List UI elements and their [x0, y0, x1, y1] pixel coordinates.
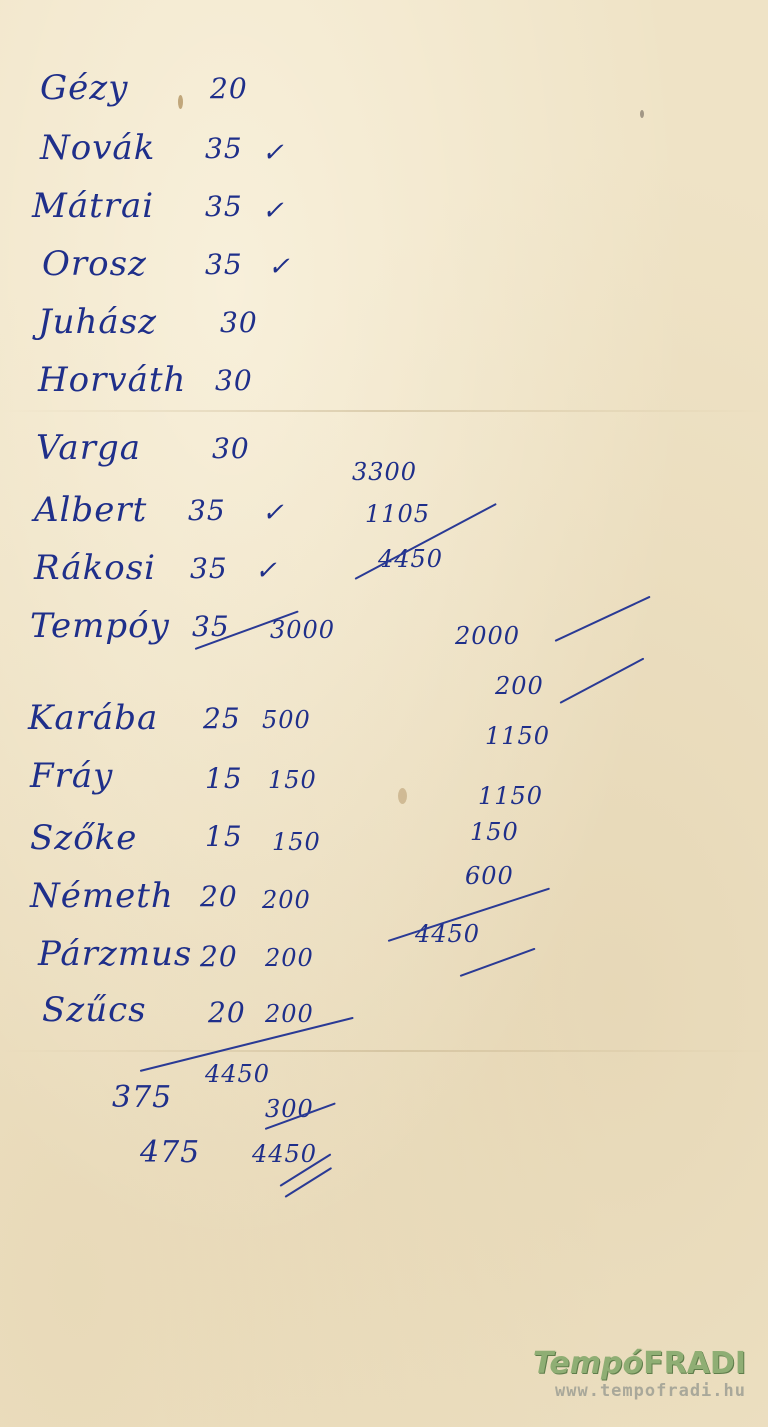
brand-caps: FRADI	[643, 1346, 746, 1381]
brand-script: Tempó	[533, 1346, 643, 1381]
calc-value: 200	[495, 672, 544, 700]
watermark-logo: TempóFRADI www.tempofradi.hu	[533, 1346, 746, 1401]
brand-url: www.tempofradi.hu	[533, 1381, 746, 1401]
row-value: 35	[205, 248, 243, 281]
double-underline	[284, 1167, 332, 1198]
row-name: Juhász	[38, 302, 157, 342]
row-name: Gézy	[40, 68, 128, 108]
total-left: 375	[112, 1080, 172, 1115]
row-value: 30	[215, 364, 253, 397]
brand-name: TempóFRADI	[533, 1346, 746, 1381]
total-left: 475	[140, 1135, 200, 1170]
row-value: 30	[212, 432, 250, 465]
calc-value: 600	[465, 862, 514, 890]
row-value: 35	[205, 132, 243, 165]
row-value: 20	[200, 940, 238, 973]
calc-value: 1105	[365, 500, 430, 528]
calc-value: 2000	[455, 622, 520, 650]
check-mark-icon: ✓	[268, 252, 291, 282]
row-extra: 150	[268, 766, 317, 794]
row-value: 20	[210, 72, 248, 105]
row-value: 35	[188, 494, 226, 527]
row-name: Németh	[30, 876, 174, 916]
paper-stain	[398, 788, 407, 804]
paper-dot	[640, 110, 644, 118]
row-value: 20	[208, 996, 246, 1029]
check-mark-icon: ✓	[255, 556, 278, 586]
row-value: 30	[220, 306, 258, 339]
calc-value: 150	[470, 818, 519, 846]
row-name: Rákosi	[34, 548, 156, 588]
row-value: 15	[205, 762, 243, 795]
fold-line	[0, 1050, 768, 1052]
row-name: Tempóy	[30, 606, 170, 646]
row-name: Párzmus	[38, 934, 192, 974]
row-name: Vargа	[36, 428, 141, 468]
row-extra: 200	[262, 886, 311, 914]
row-name: Karába	[28, 698, 158, 738]
check-mark-icon: ✓	[262, 196, 285, 226]
ink-stain	[178, 95, 183, 109]
cross-mark	[460, 948, 536, 977]
row-value: 15	[205, 820, 243, 853]
row-name: Albert	[34, 490, 147, 530]
calc-value: 1150	[485, 722, 550, 750]
calc-total: 4450	[415, 920, 480, 948]
calc-value: 3300	[352, 458, 417, 486]
total-right: 4450	[205, 1060, 270, 1088]
row-extra: 3000	[270, 616, 335, 644]
row-name: Fráy	[30, 756, 113, 796]
row-name: Szőke	[30, 818, 137, 858]
check-mark-icon: ✓	[262, 138, 285, 168]
row-extra: 200	[265, 1000, 314, 1028]
check-mark-icon: ✓	[262, 498, 285, 528]
calc-value: 1150	[478, 782, 543, 810]
row-value: 20	[200, 880, 238, 913]
row-extra: 200	[265, 944, 314, 972]
row-name: Horváth	[38, 360, 186, 400]
tick-line	[560, 658, 645, 704]
fold-line	[0, 410, 768, 412]
row-value: 35	[205, 190, 243, 223]
row-extra: 150	[272, 828, 321, 856]
row-name: Szűcs	[42, 990, 147, 1030]
total-right: 4450	[252, 1140, 317, 1168]
row-value: 25	[203, 702, 241, 735]
tick-line	[555, 596, 651, 642]
row-name: Orosz	[42, 244, 147, 284]
row-value: 35	[190, 552, 228, 585]
row-extra: 500	[262, 706, 311, 734]
row-name: Novák	[40, 128, 155, 168]
row-name: Mátrai	[32, 186, 154, 226]
